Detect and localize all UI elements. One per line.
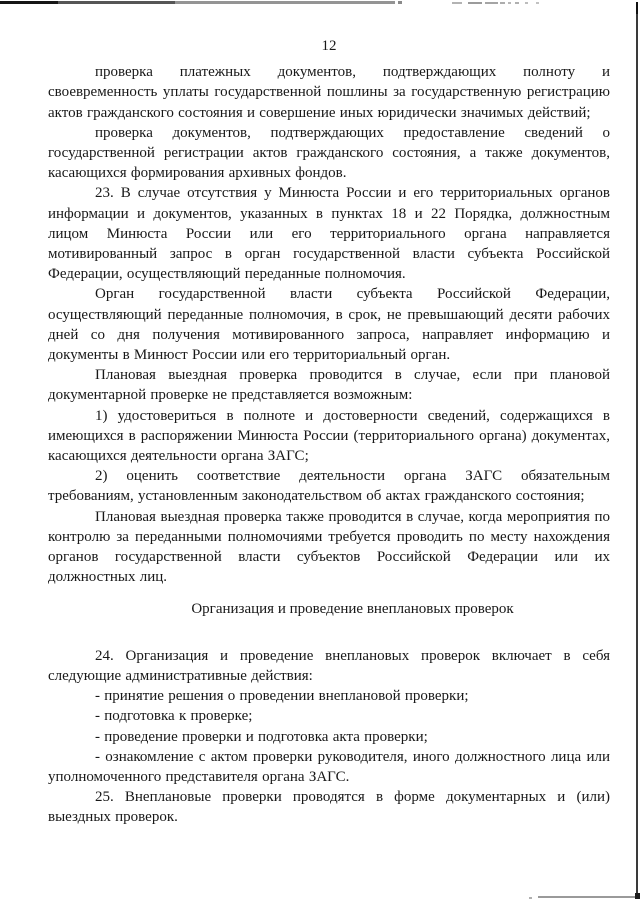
- list-item-decision: - принятие решения о проведении внеплано…: [48, 686, 610, 706]
- paragraph-subitem-2: 2) оценить соответствие деятельности орг…: [48, 466, 610, 506]
- document-page: 12 проверка платежных документов, подтве…: [0, 0, 640, 905]
- list-item-familiarization: - ознакомление с актом проверки руководи…: [48, 747, 610, 787]
- paragraph-authority-response: Орган государственной власти субъекта Ро…: [48, 284, 610, 365]
- scan-artifact-bottom-corner: [635, 893, 640, 899]
- paragraph-item-24: 24. Организация и проведение внеплановых…: [48, 646, 610, 686]
- paragraph-subitem-1: 1) удостовериться в полноте и достоверно…: [48, 406, 610, 467]
- scan-artifact-bottom-dot: [529, 897, 532, 899]
- list-item-conduct-and-act: - проведение проверки и подготовка акта …: [48, 727, 610, 747]
- paragraph-planned-onsite-also: Плановая выездная проверка также проводи…: [48, 507, 610, 588]
- document-text-column: 12 проверка платежных документов, подтве…: [48, 0, 610, 828]
- paragraph-item-25: 25. Внеплановые проверки проводятся в фо…: [48, 787, 610, 827]
- section-heading-unplanned-inspections: Организация и проведение внеплановых про…: [48, 599, 610, 619]
- paragraph-planned-onsite-inspection: Плановая выездная проверка проводится в …: [48, 365, 610, 405]
- paragraph-item-23: 23. В случае отсутствия у Минюста России…: [48, 183, 610, 284]
- paragraph-registration-documents-check: проверка документов, подтверждающих пред…: [48, 123, 610, 184]
- scan-artifact-right-edge-line: [636, 2, 638, 896]
- list-item-preparation: - подготовка к проверке;: [48, 706, 610, 726]
- scan-artifact-right-edge-line-cap: [636, 2, 639, 14]
- scan-artifact-bottom-bar: [538, 896, 640, 898]
- paragraph-payment-documents-check: проверка платежных документов, подтвержд…: [48, 62, 610, 123]
- page-number: 12: [48, 36, 610, 56]
